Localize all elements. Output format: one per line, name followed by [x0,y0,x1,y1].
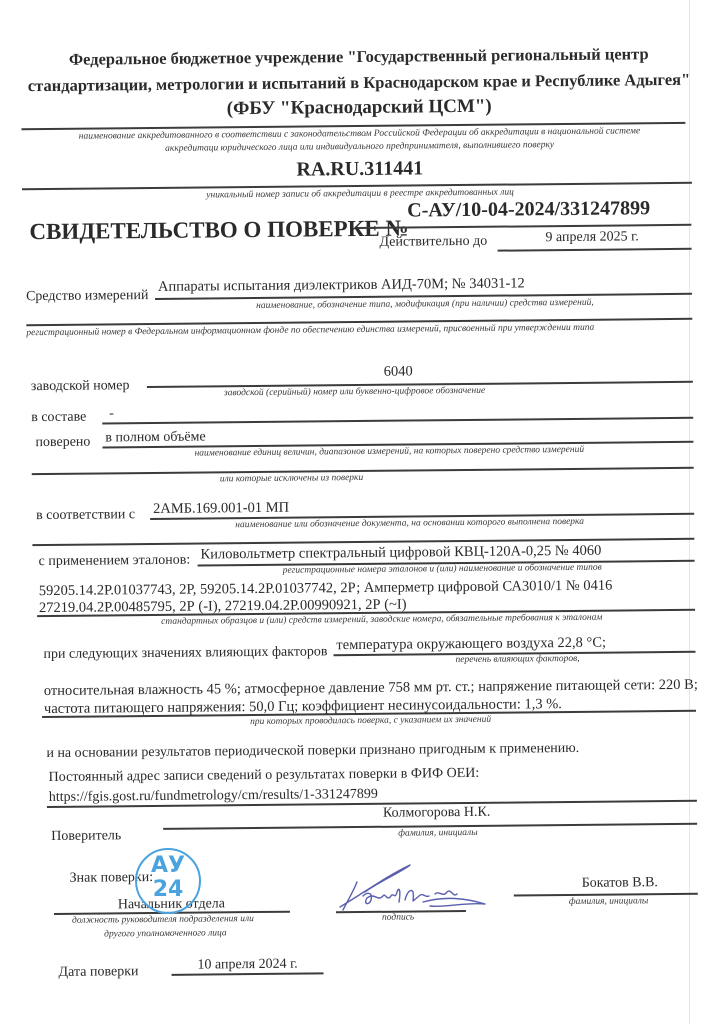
method-label: в соответствии с [36,507,135,524]
serial-label: заводской номер [31,378,130,395]
stamp-line-2: 24 [137,878,199,902]
date-label: Дата поверки [58,964,138,981]
conditions-caption-1: перечень влияющих факторов, [455,654,579,665]
signature-icon [335,862,495,917]
valid-until-label: Действительно до [379,234,487,251]
conditions-caption-2: при которых проводилась поверка, с указа… [250,715,491,727]
date-value: 10 апреля 2024 г. [197,957,297,974]
method-value: 2АМБ.169.001-01 МП [153,500,289,518]
serial-number: 6040 [384,363,413,380]
composition-value: - [109,406,114,422]
conditions-line-2: относительная влажность 45 %; атмосферно… [44,677,698,700]
serial-caption: заводской (серийный) номер или буквенно-… [224,386,485,399]
org-name-line1: Федеральное бюджетное учреждение "Госуда… [0,44,722,71]
instrument-caption: наименование, обозначение типа, модифика… [256,298,594,311]
verifier-name: Колмогорова Н.К. [383,805,490,822]
method-caption: наименование или обозначение документа, … [235,517,584,530]
head-name-underline [514,893,698,896]
head-position-caption-1: должность руководителя подразделения или [72,914,254,926]
org-name-line2: стандартизации, метрологии и испытаний в… [0,70,722,97]
excluded-caption: или которые исключены из поверки [220,473,364,484]
valid-until-date: 9 апреля 2025 г. [545,229,638,246]
certificate-page: Федеральное бюджетное учреждение "Госуда… [0,0,726,1024]
head-name-caption: фамилия, инициалы [569,896,648,907]
stamp-line-1: АУ [137,854,199,878]
verified-value: в полном объёме [105,429,205,446]
standards-label: с применением эталонов: [39,553,191,570]
head-position-caption-2: другого уполномоченного лица [104,928,227,939]
head-name: Бокатов В.В. [582,875,658,892]
valid-until-underline [498,248,692,251]
accreditation-number: RA.RU.311441 [0,155,723,185]
standards-caption-1: регистрационные номера эталонов и (или) … [283,563,602,576]
verified-label: поверено [35,435,90,452]
fgis-label: Постоянный адрес записи сведений о резул… [49,766,480,786]
reg-number-caption: регистрационный номер в Федеральном инфо… [26,323,594,338]
instrument-label: Средство измерений [26,288,149,305]
date-underline [172,972,324,975]
verifier-caption: фамилия, инициалы [398,828,477,839]
org-short-name: (ФБУ "Краснодарский ЦСМ") [0,94,722,123]
certificate-number: С-АУ/10-04-2024/331247899 [407,197,650,222]
conditions-label: при следующих значениях влияющих факторо… [43,644,327,663]
instrument-value: Аппараты испытания диэлектриков АИД-70М;… [158,275,525,296]
verifier-label: Поверитель [51,828,121,845]
certificate-title: СВИДЕТЕЛЬСТВО О ПОВЕРКЕ № [29,216,408,246]
verified-caption: наименование единиц величин, диапазонов … [194,445,584,459]
composition-underline [102,417,693,424]
verification-stamp: АУ 24 [135,848,201,914]
composition-label: в составе [31,410,86,427]
conclusion-text: и на основании результатов периодической… [46,741,579,762]
